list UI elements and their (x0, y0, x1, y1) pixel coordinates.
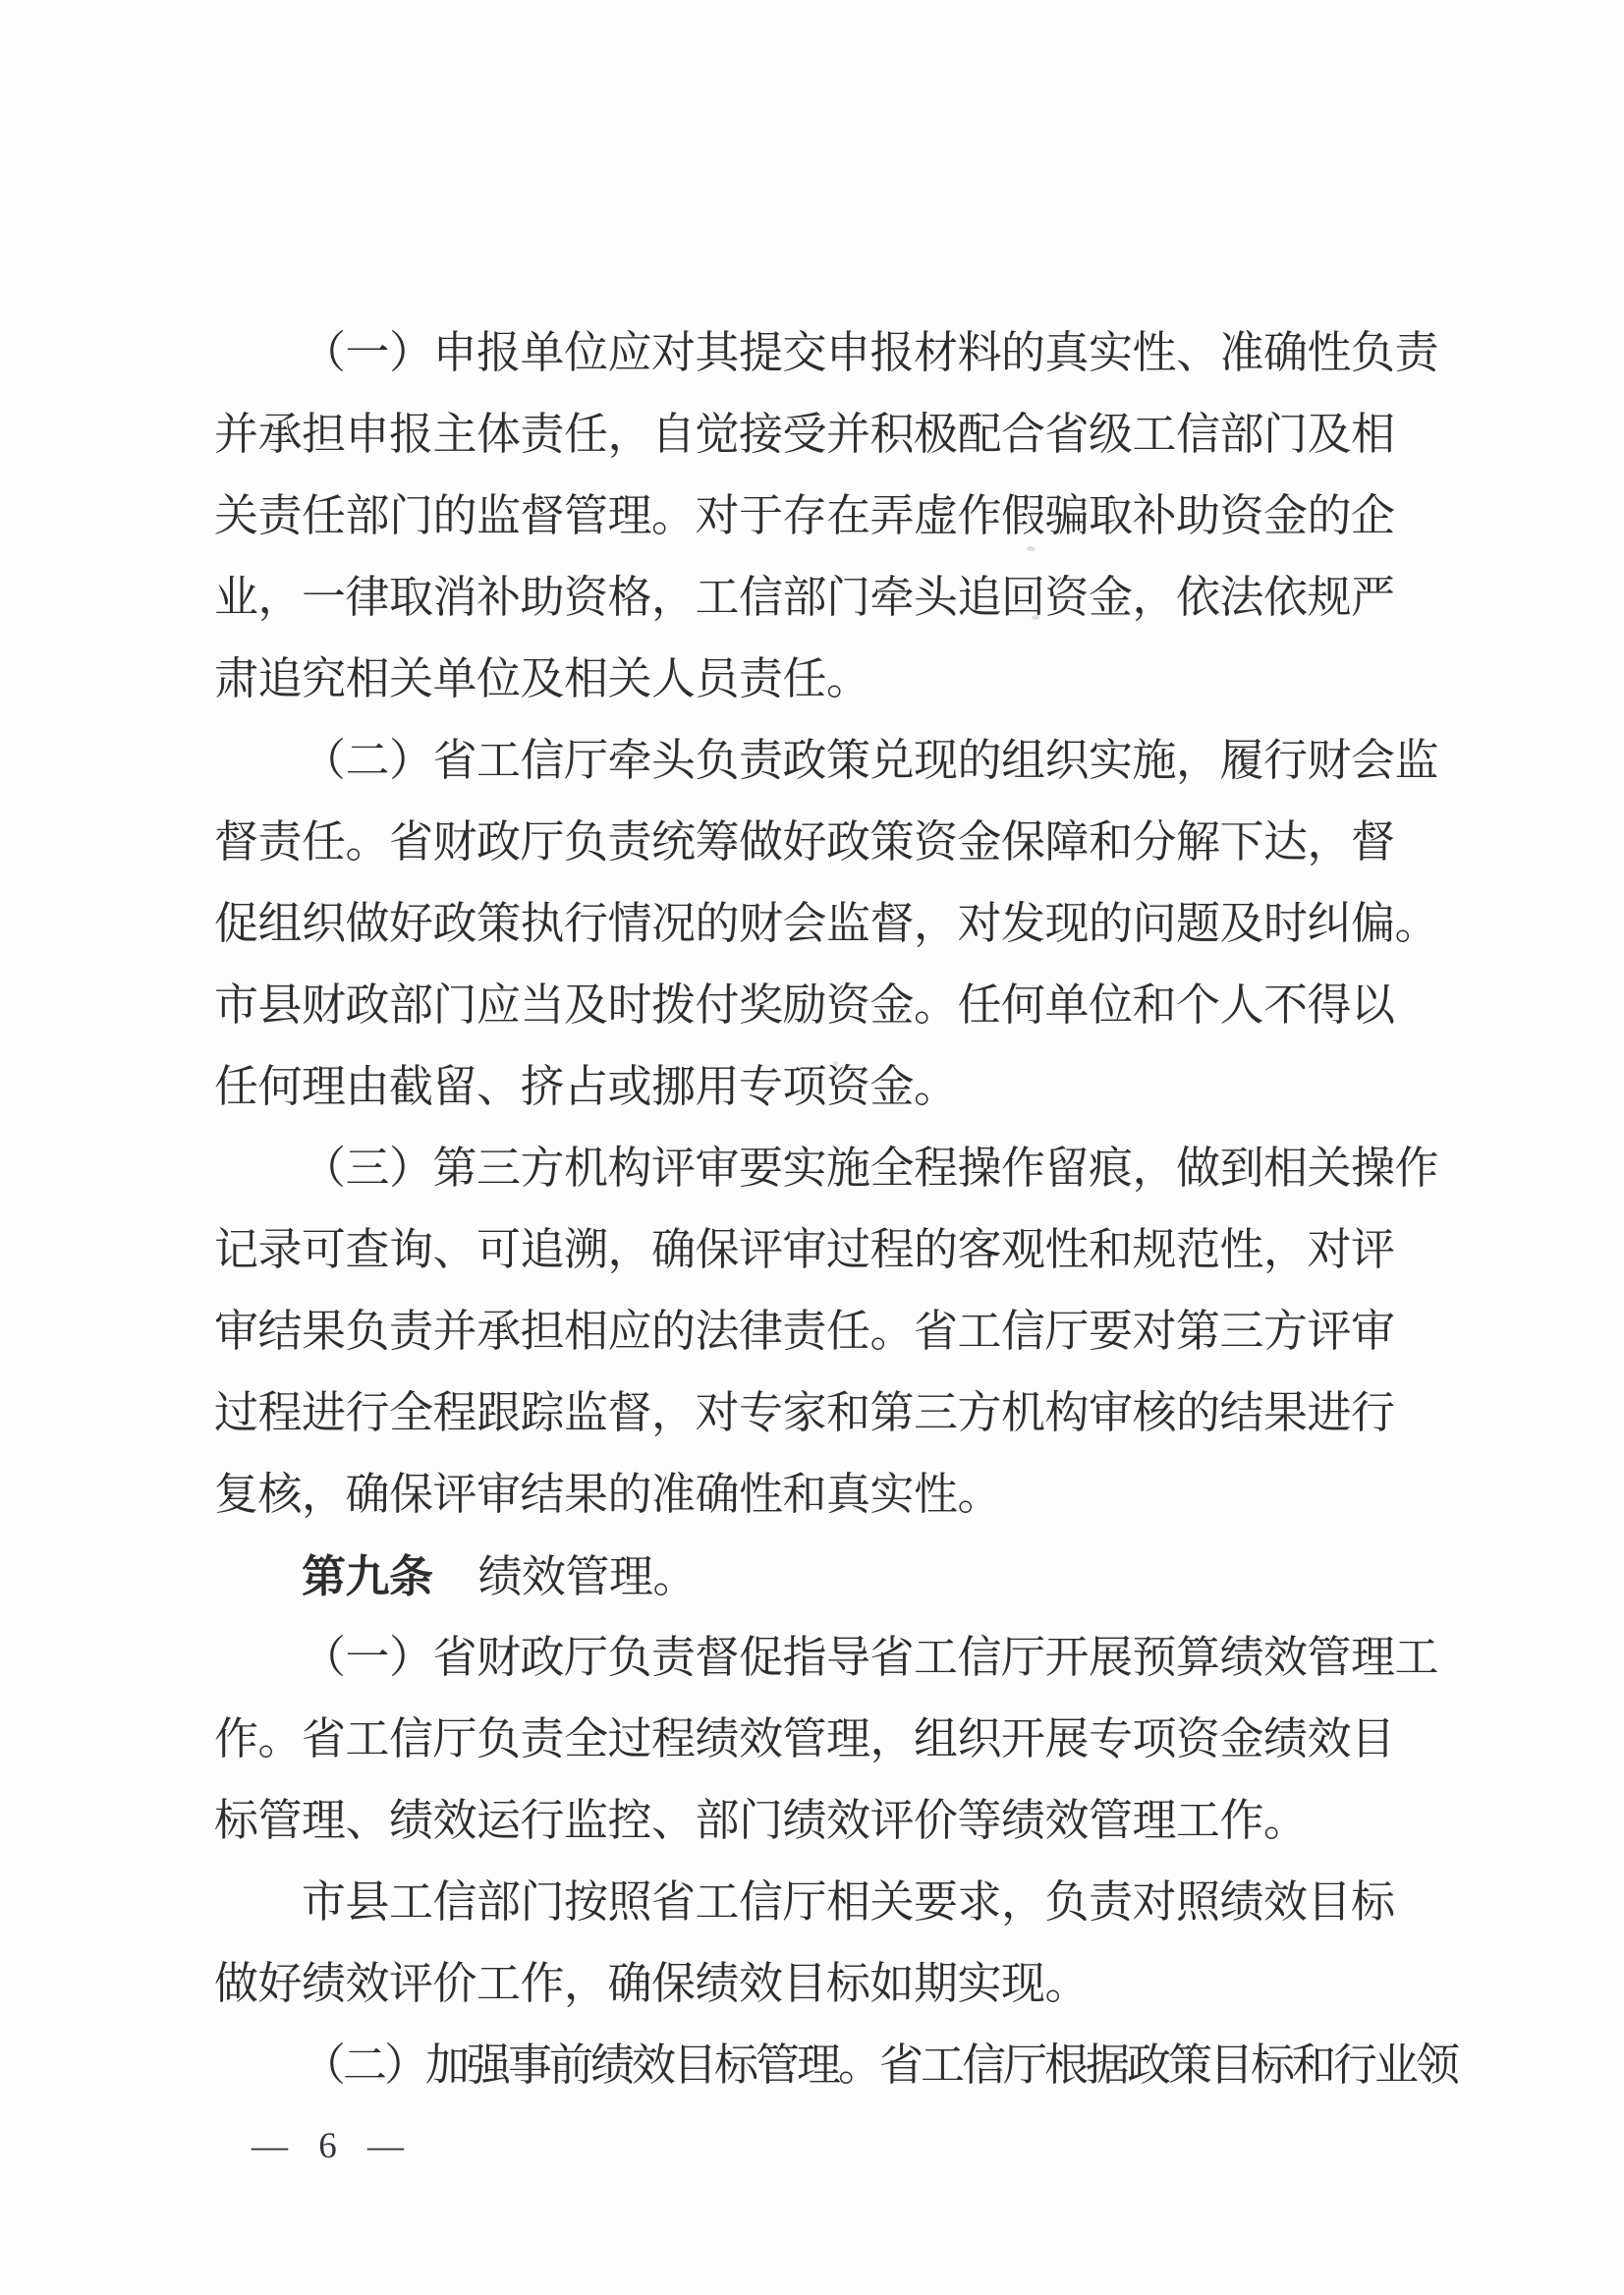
scan-speck (1027, 546, 1036, 551)
page-number: — 6 — (252, 2122, 410, 2171)
text-line: 过程进行全程跟踪监督，对专家和第三方机构审核的结果进行 (214, 1372, 1452, 1454)
text-line: 作。省工信厅负责全过程绩效管理，组织开展专项资金绩效目 (214, 1699, 1452, 1780)
text-block: （一）申报单位应对其提交申报材料的真实性、准确性负责并承担申报主体责任，自觉接受… (214, 312, 1452, 2106)
text-line: 做好绩效评价工作，确保绩效目标如期实现。 (214, 1943, 1452, 2025)
text-line: 督责任。省财政厅负责统筹做好政策资金保障和分解下达，督 (214, 802, 1452, 883)
text-line: 促组织做好政策执行情况的财会监督，对发现的问题及时纠偏。 (214, 883, 1452, 965)
text-line: 第九条绩效管理。 (214, 1536, 1452, 1617)
text-line: 肃追究相关单位及相关人员责任。 (214, 639, 1452, 720)
text-line: （二）省工信厅牵头负责政策兑现的组织实施，履行财会监 (214, 720, 1452, 802)
text-line: 关责任部门的监督管理。对于存在弄虚作假骗取补助资金的企 (214, 476, 1452, 557)
text-line: 业，一律取消补助资格，工信部门牵头追回资金，依法依规严 (214, 557, 1452, 639)
text-line: 记录可查询、可追溯，确保评审过程的客观性和规范性，对评 (214, 1209, 1452, 1291)
text-line: 审结果负责并承担相应的法律责任。省工信厅要对第三方评审 (214, 1291, 1452, 1372)
text-line: 任何理由截留、挤占或挪用专项资金。 (214, 1046, 1452, 1128)
text-line: 市县财政部门应当及时拨付奖励资金。任何单位和个人不得以 (214, 965, 1452, 1046)
text-line: 市县工信部门按照省工信厅相关要求，负责对照绩效目标 (214, 1862, 1452, 1943)
text-line: （三）第三方机构评审要实施全程操作留痕，做到相关操作 (214, 1128, 1452, 1209)
text-line: （一）申报单位应对其提交申报材料的真实性、准确性负责 (214, 312, 1452, 394)
text-line: 并承担申报主体责任，自觉接受并积极配合省级工信部门及相 (214, 394, 1452, 476)
text-line: （一）省财政厅负责督促指导省工信厅开展预算绩效管理工 (214, 1617, 1452, 1699)
article-number-label: 第九条 (302, 1551, 433, 1601)
article-title: 绩效管理。 (478, 1552, 698, 1601)
text-line: 复核，确保评审结果的准确性和真实性。 (214, 1454, 1452, 1536)
scan-speck (833, 1061, 838, 1066)
scan-speck (1032, 615, 1039, 620)
text-line: 标管理、绩效运行监控、部门绩效评价等绩效管理工作。 (214, 1780, 1452, 1862)
text-line: （二）加强事前绩效目标管理。省工信厅根据政策目标和行业领 (214, 2025, 1452, 2106)
scanned-document-page: （一）申报单位应对其提交申报材料的真实性、准确性负责并承担申报主体责任，自觉接受… (0, 0, 1624, 2295)
